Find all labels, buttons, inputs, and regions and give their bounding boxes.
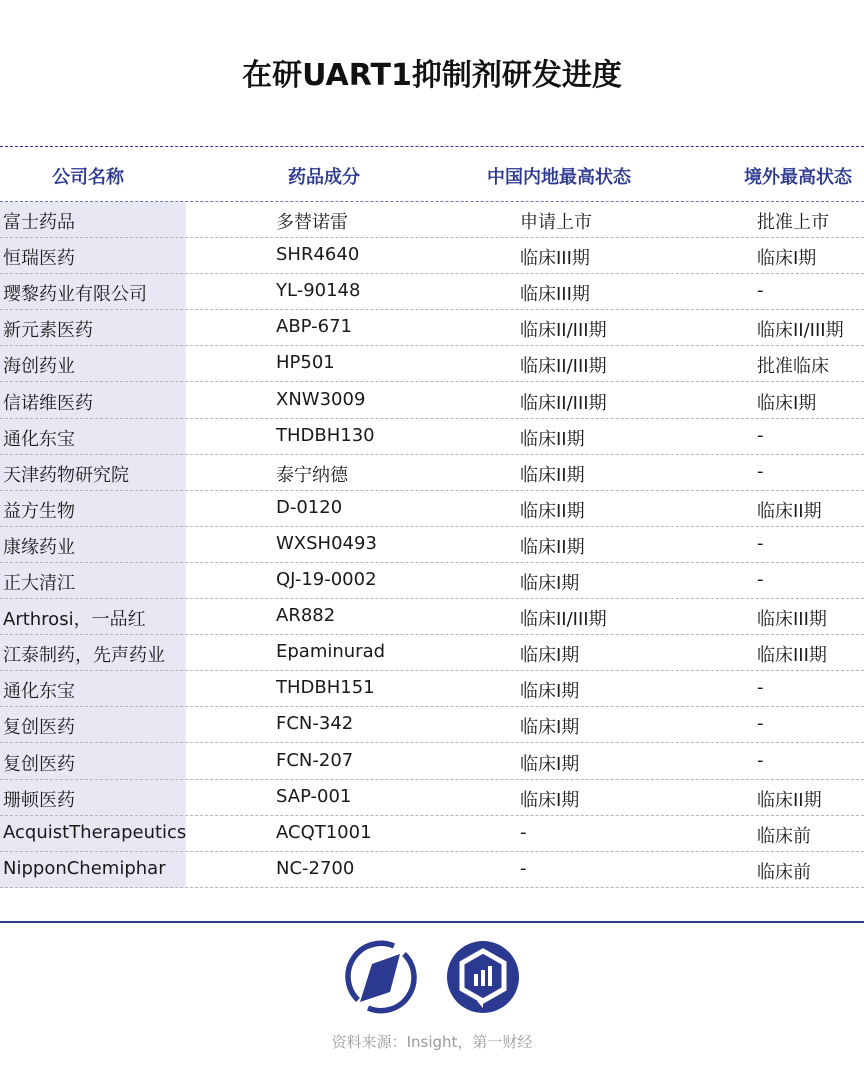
cell-china-status: 临床I期 <box>520 786 579 812</box>
cell-drug: D-0120 <box>276 497 342 518</box>
table-row: 正大清江QJ-19-0002临床I期- <box>0 563 864 599</box>
header-company: 公司名称 <box>52 163 124 189</box>
cell-company: 复创医药 <box>3 750 75 776</box>
cell-company: NipponChemiphar <box>3 858 166 879</box>
cell-company: 富士药品 <box>3 208 75 234</box>
cell-china-status: 临床I期 <box>520 569 579 595</box>
table-row: 珊顿医药SAP-001临床I期临床II期 <box>0 780 864 816</box>
cell-overseas-status: - <box>757 750 764 771</box>
cell-company: 璎黎药业有限公司 <box>3 280 147 306</box>
cell-drug: 多替诺雷 <box>276 208 348 234</box>
table-row: 富士药品多替诺雷申请上市批准上市 <box>0 202 864 238</box>
chart-hexagon-logo-icon <box>446 940 520 1014</box>
cell-company: AcquistTherapeutics <box>3 822 186 843</box>
cell-drug: HP501 <box>276 352 335 373</box>
cell-china-status: 临床I期 <box>520 641 579 667</box>
cell-china-status: 临床II/III期 <box>520 389 607 415</box>
cell-china-status: - <box>520 858 527 879</box>
table-row: 江泰制药，先声药业Epaminurad临床I期临床III期 <box>0 635 864 671</box>
cell-drug: QJ-19-0002 <box>276 569 377 590</box>
table-row: 信诺维医药XNW3009临床II/III期临床I期 <box>0 383 864 419</box>
table-row: Arthrosi，一品红AR882临床II/III期临床III期 <box>0 599 864 635</box>
cell-company: 通化东宝 <box>3 425 75 451</box>
cell-china-status: 临床II/III期 <box>520 352 607 378</box>
table-row: 新元素医药ABP-671临床II/III期临床II/III期 <box>0 310 864 346</box>
page-title: 在研UART1抑制剂研发进度 <box>0 50 864 94</box>
cell-drug: ABP-671 <box>276 316 352 337</box>
cell-drug: Epaminurad <box>276 641 385 662</box>
cell-overseas-status: 临床II期 <box>757 786 822 812</box>
cell-china-status: 临床II期 <box>520 425 585 451</box>
cell-company: 益方生物 <box>3 497 75 523</box>
cell-company: 复创医药 <box>3 713 75 739</box>
cell-overseas-status: - <box>757 461 764 482</box>
cell-drug: ACQT1001 <box>276 822 372 843</box>
cell-overseas-status: 临床前 <box>757 822 811 848</box>
cell-drug: NC-2700 <box>276 858 354 879</box>
cell-china-status: 临床II/III期 <box>520 605 607 631</box>
cell-china-status: 临床I期 <box>520 677 579 703</box>
header-overseas-status: 境外最高状态 <box>744 163 852 189</box>
cell-drug: AR882 <box>276 605 335 626</box>
table-row: 天津药物研究院泰宁纳德临床II期- <box>0 455 864 491</box>
cell-overseas-status: 临床I期 <box>757 389 816 415</box>
cell-drug: SHR4640 <box>276 244 359 265</box>
header-china-status: 中国内地最高状态 <box>487 163 631 189</box>
cell-company: 康缘药业 <box>3 533 75 559</box>
table-row: 通化东宝THDBH130临床II期- <box>0 419 864 455</box>
table-row: NipponChemipharNC-2700-临床前 <box>0 852 864 888</box>
cell-drug: WXSH0493 <box>276 533 377 554</box>
header-drug: 药品成分 <box>288 163 360 189</box>
cell-china-status: 临床II期 <box>520 461 585 487</box>
table-row: 益方生物D-0120临床II期临床II期 <box>0 491 864 527</box>
cell-china-status: 临床I期 <box>520 750 579 776</box>
cell-drug: XNW3009 <box>276 389 365 410</box>
cell-overseas-status: 临床I期 <box>757 244 816 270</box>
cell-overseas-status: 临床II期 <box>757 497 822 523</box>
cell-china-status: 临床III期 <box>520 244 590 270</box>
cell-company: Arthrosi，一品红 <box>3 605 146 631</box>
table-row: 复创医药FCN-342临床I期- <box>0 707 864 743</box>
cell-china-status: 临床II期 <box>520 533 585 559</box>
cell-drug: THDBH130 <box>276 425 375 446</box>
cell-overseas-status: 临床III期 <box>757 641 827 667</box>
source-caption: 资料来源：Insight，第一财经 <box>0 1031 864 1052</box>
cell-company: 海创药业 <box>3 352 75 378</box>
cell-company: 正大清江 <box>3 569 75 595</box>
cell-china-status: 临床II/III期 <box>520 316 607 342</box>
footer-divider <box>0 921 864 923</box>
table-row: 康缘药业WXSH0493临床II期- <box>0 527 864 563</box>
cell-overseas-status: 临床III期 <box>757 605 827 631</box>
table-row: 复创医药FCN-207临床I期- <box>0 744 864 780</box>
cell-company: 恒瑞医药 <box>3 244 75 270</box>
cell-drug: FCN-207 <box>276 750 353 771</box>
table-row: 海创药业HP501临床II/III期批准临床 <box>0 346 864 382</box>
cell-company: 新元素医药 <box>3 316 93 342</box>
table-row: 璎黎药业有限公司YL-90148临床III期- <box>0 274 864 310</box>
cell-drug: SAP-001 <box>276 786 351 807</box>
cell-overseas-status: - <box>757 677 764 698</box>
cell-drug: THDBH151 <box>276 677 375 698</box>
cell-overseas-status: - <box>757 425 764 446</box>
cell-china-status: 临床I期 <box>520 713 579 739</box>
compass-logo-icon <box>344 940 418 1014</box>
cell-china-status: 临床III期 <box>520 280 590 306</box>
cell-china-status: 申请上市 <box>520 208 592 234</box>
cell-china-status: 临床II期 <box>520 497 585 523</box>
cell-overseas-status: - <box>757 533 764 554</box>
table-row: 恒瑞医药SHR4640临床III期临床I期 <box>0 238 864 274</box>
cell-china-status: - <box>520 822 527 843</box>
table-row: AcquistTherapeuticsACQT1001-临床前 <box>0 816 864 852</box>
cell-overseas-status: 批准临床 <box>757 352 829 378</box>
cell-overseas-status: 临床前 <box>757 858 811 884</box>
table-row: 通化东宝THDBH151临床I期- <box>0 671 864 707</box>
cell-drug: FCN-342 <box>276 713 353 734</box>
cell-drug: 泰宁纳德 <box>276 461 348 487</box>
cell-overseas-status: - <box>757 569 764 590</box>
cell-company: 江泰制药，先声药业 <box>3 641 165 667</box>
cell-overseas-status: - <box>757 713 764 734</box>
cell-company: 珊顿医药 <box>3 786 75 812</box>
cell-company: 信诺维医药 <box>3 389 93 415</box>
cell-overseas-status: 批准上市 <box>757 208 829 234</box>
cell-company: 天津药物研究院 <box>3 461 129 487</box>
table-header-row: 公司名称 药品成分 中国内地最高状态 境外最高状态 <box>0 146 864 201</box>
cell-overseas-status: - <box>757 280 764 301</box>
cell-company: 通化东宝 <box>3 677 75 703</box>
cell-overseas-status: 临床II/III期 <box>757 316 844 342</box>
cell-drug: YL-90148 <box>276 280 360 301</box>
